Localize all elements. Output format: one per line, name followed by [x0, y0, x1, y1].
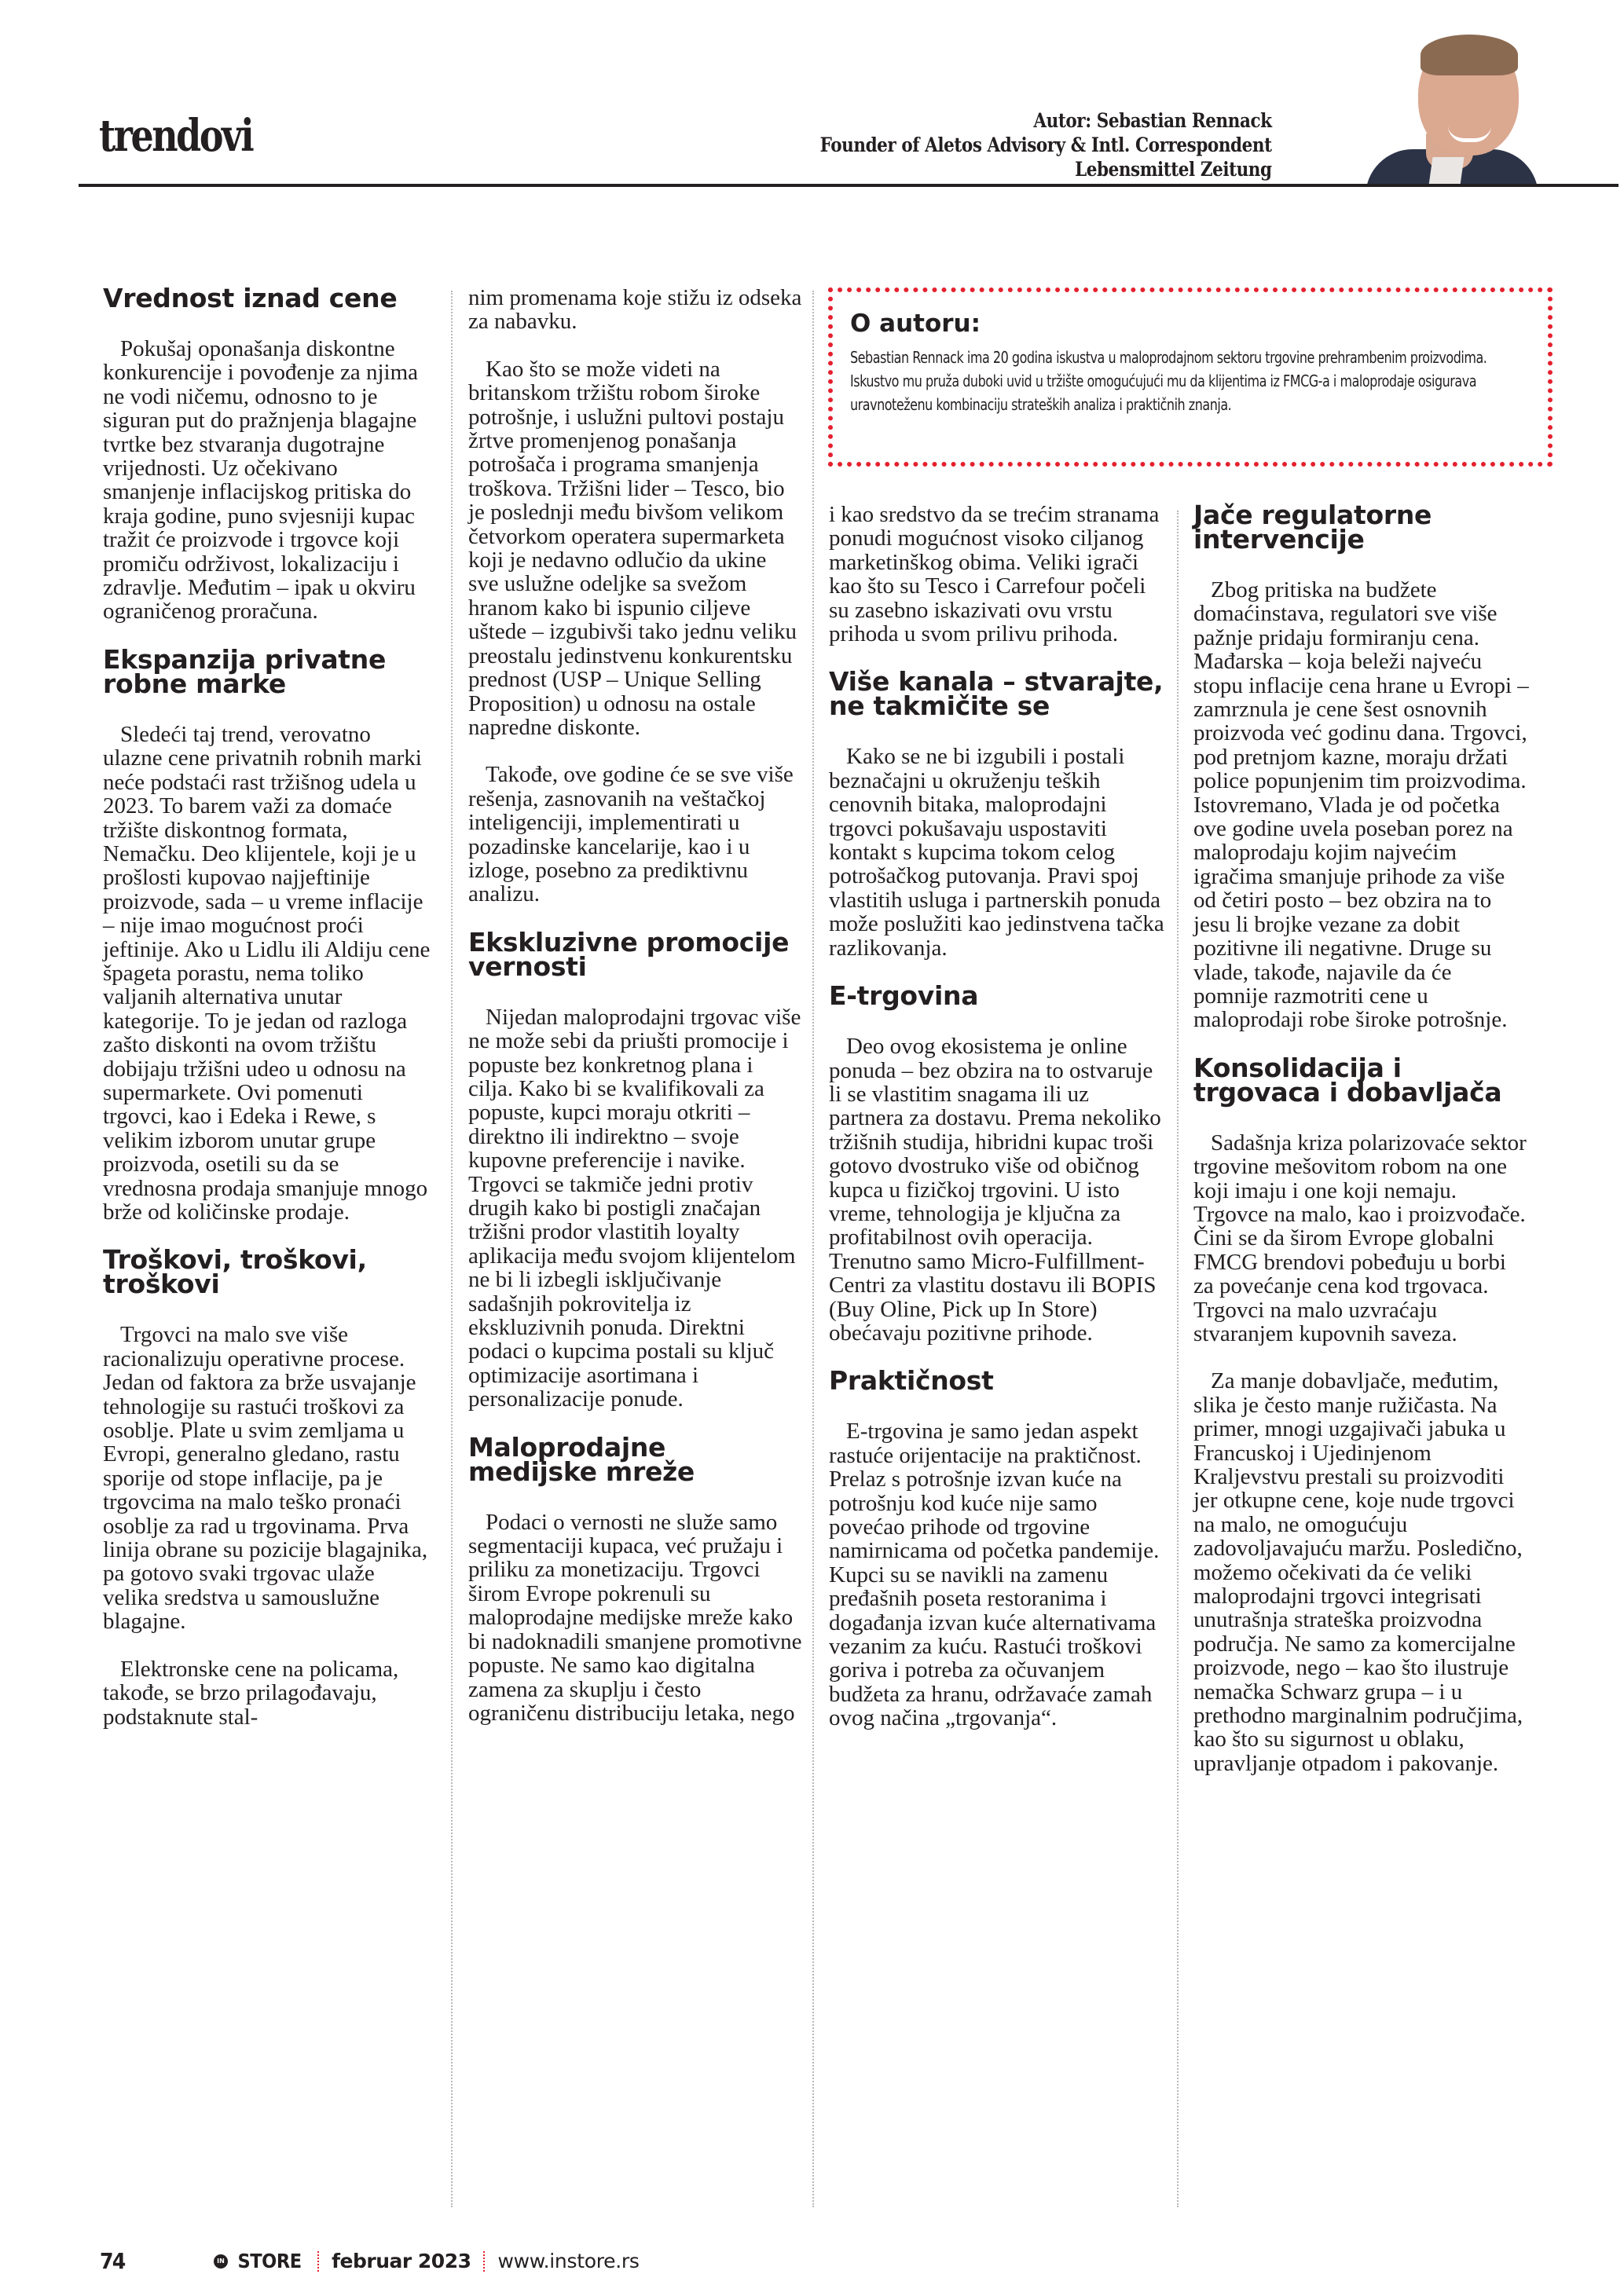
- column-divider: [812, 291, 814, 2207]
- author-photo: [1351, 16, 1544, 185]
- paragraph: Deo ovog ekosistema je online ponuda – b…: [829, 1034, 1167, 1345]
- paragraph: Sadašnja kriza polarizovaće sektor trgov…: [1193, 1131, 1531, 1346]
- publication-brand: IN STORE februar 2023 www.instore.rs: [214, 2250, 640, 2272]
- article-column-2: nim promenama koje stižu iz odseka za na…: [468, 286, 802, 1749]
- paragraph: Zbog pritiska na budžete domaćinstava, r…: [1193, 578, 1531, 1032]
- instore-logo-icon: IN: [214, 2254, 228, 2269]
- section-title: trendovi: [99, 110, 252, 162]
- paragraph: Za manje dobavljače, međutim, slika je č…: [1193, 1369, 1531, 1775]
- paragraph-continued: i kao sredstvo da se trećim stranama pon…: [829, 503, 1167, 646]
- paragraph: Trgovci na malo sve više racionalizuju o…: [103, 1323, 433, 1633]
- subheading-medijske: Maloprodajne medijske mreže: [468, 1435, 802, 1484]
- about-author-box: O autoru: Sebastian Rennack ima 20 godin…: [828, 287, 1553, 467]
- paragraph: Sledeći taj trend, verovatno ulazne cene…: [103, 723, 433, 1225]
- header-rule: [79, 184, 1619, 187]
- article-column-1: Vrednost iznad cene Pokušaj oponašanja d…: [103, 286, 433, 1752]
- paragraph: Kao što se može videti na britanskom trž…: [468, 357, 802, 740]
- issue-date: februar 2023: [332, 2250, 471, 2272]
- website-link[interactable]: www.instore.rs: [497, 2250, 639, 2272]
- about-author-text: Sebastian Rennack ima 20 godina iskustva…: [850, 346, 1532, 416]
- article-column-3: i kao sredstvo da se trećim stranama pon…: [829, 503, 1167, 1754]
- column-divider: [1177, 511, 1179, 2207]
- page-footer: 74 IN STORE februar 2023 www.instore.rs: [0, 2247, 1624, 2278]
- paragraph-continued: nim promenama koje stižu iz odseka za na…: [468, 286, 802, 334]
- brand-name: STORE: [238, 2250, 302, 2272]
- author-byline: Autor: Sebastian Rennack Founder of Alet…: [820, 108, 1272, 181]
- subheading-vrednost: Vrednost iznad cene: [103, 286, 433, 310]
- paragraph: Takođe, ove godine će se sve više rešenj…: [468, 763, 802, 906]
- author-role: Founder of Aletos Advisory & Intl. Corre…: [820, 133, 1272, 157]
- dotted-divider: [483, 2251, 485, 2272]
- paragraph: E-trgovina je samo jedan aspekt rastuće …: [829, 1419, 1167, 1730]
- subheading-regulatorne: Jače regulatorne intervencije: [1193, 503, 1531, 551]
- paragraph: Pokušaj oponašanja diskontne konkurencij…: [103, 337, 433, 624]
- paragraph: Kako se ne bi izgubili i postali beznača…: [829, 745, 1167, 960]
- about-author-title: O autoru:: [850, 309, 1531, 338]
- author-name: Autor: Sebastian Rennack: [820, 108, 1272, 133]
- paragraph: Elektronske cene na policama, takođe, se…: [103, 1657, 433, 1729]
- page-header: trendovi Autor: Sebastian Rennack Founde…: [0, 0, 1624, 189]
- dotted-divider: [317, 2251, 319, 2272]
- paragraph: Nijedan maloprodajni trgovac više ne mož…: [468, 1005, 802, 1412]
- subheading-etrgovina: E-trgovina: [829, 983, 1167, 1008]
- subheading-prakticnost: Praktičnost: [829, 1368, 1167, 1393]
- article-column-4: Jače regulatorne intervencije Zbog priti…: [1193, 503, 1531, 1799]
- page-number: 74: [100, 2248, 124, 2274]
- column-divider: [451, 291, 453, 2207]
- author-affiliation: Lebensmittel Zeitung: [820, 157, 1272, 181]
- subheading-troskovi: Troškovi, troškovi, troškovi: [103, 1247, 433, 1296]
- subheading-ekspanzija: Ekspanzija privatne robne marke: [103, 647, 433, 696]
- subheading-kanali: Više kanala – stvarajte, ne takmičite se: [829, 669, 1167, 718]
- paragraph: Podaci o vernosti ne služe samo segmenta…: [468, 1511, 802, 1726]
- subheading-konsolidacija: Konsolidacija i trgovaca i dobavljača: [1193, 1056, 1531, 1104]
- subheading-ekskluzivne: Ekskluzivne promocije vernosti: [468, 930, 802, 979]
